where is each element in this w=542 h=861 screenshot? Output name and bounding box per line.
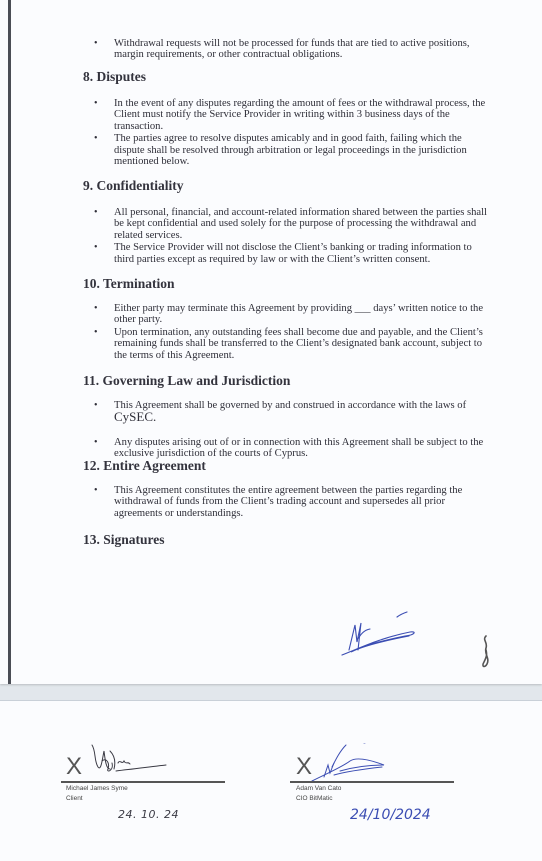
signature-mark: X xyxy=(296,753,312,781)
signature-line xyxy=(61,781,225,783)
bullet-item: Withdrawal requests will not be processe… xyxy=(94,38,494,61)
bullet-text: This Agreement shall be governed by and … xyxy=(114,400,466,411)
section-heading-confidentiality: 9. Confidentiality xyxy=(83,178,184,194)
bullet-item: In the event of any disputes regarding t… xyxy=(94,98,494,132)
handwritten-signature-cio xyxy=(308,743,398,785)
signatory-role: Client xyxy=(66,795,83,802)
section-heading-termination: 10. Termination xyxy=(83,276,175,292)
bullet-item: The Service Provider will not disclose t… xyxy=(94,242,494,265)
signature-line xyxy=(290,781,454,783)
bullet-item: The parties agree to resolve disputes am… xyxy=(94,133,494,167)
governing-law-bullet-list: This Agreement shall be governed by and … xyxy=(94,400,494,461)
carryover-bullet-list: Withdrawal requests will not be processe… xyxy=(94,38,494,62)
handwritten-signature-blue xyxy=(335,610,435,660)
handwritten-signature-client xyxy=(88,739,170,779)
confidentiality-bullet-list: All personal, financial, and account-rel… xyxy=(94,207,494,266)
signatory-name: Adam Van Cato xyxy=(296,785,341,792)
handwritten-date: 24. 10. 24 xyxy=(118,808,179,821)
document-page-bottom: X Michael James Syme Client 24. 10. 24 X… xyxy=(0,700,542,861)
termination-bullet-list: Either party may terminate this Agreemen… xyxy=(94,303,494,362)
scan-edge-border xyxy=(8,0,11,684)
bullet-item: This Agreement shall be governed by and … xyxy=(94,400,494,425)
entire-agreement-bullet-list: This Agreement constitutes the entire ag… xyxy=(94,485,494,520)
section-heading-governing-law: 11. Governing Law and Jurisdiction xyxy=(83,373,290,389)
signatory-role: CIO BitMatic xyxy=(296,795,332,802)
bullet-item: This Agreement constitutes the entire ag… xyxy=(94,485,494,519)
law-name: CySEC. xyxy=(114,409,156,424)
bullet-item: Upon termination, any outstanding fees s… xyxy=(94,327,494,361)
handwritten-date: 24/10/2024 xyxy=(350,807,431,823)
handwritten-initial-gray xyxy=(478,634,498,670)
signature-mark: X xyxy=(66,753,82,781)
bullet-item: All personal, financial, and account-rel… xyxy=(94,207,494,241)
section-heading-disputes: 8. Disputes xyxy=(83,69,146,85)
bullet-item: Any disputes arising out of or in connec… xyxy=(94,437,494,460)
section-heading-signatures: 13. Signatures xyxy=(83,532,165,548)
bullet-item: Either party may terminate this Agreemen… xyxy=(94,303,494,326)
signatory-name: Michael James Syme xyxy=(66,785,128,792)
document-page-top: Withdrawal requests will not be processe… xyxy=(0,0,542,684)
section-heading-entire-agreement: 12. Entire Agreement xyxy=(83,458,206,474)
disputes-bullet-list: In the event of any disputes regarding t… xyxy=(94,98,494,168)
